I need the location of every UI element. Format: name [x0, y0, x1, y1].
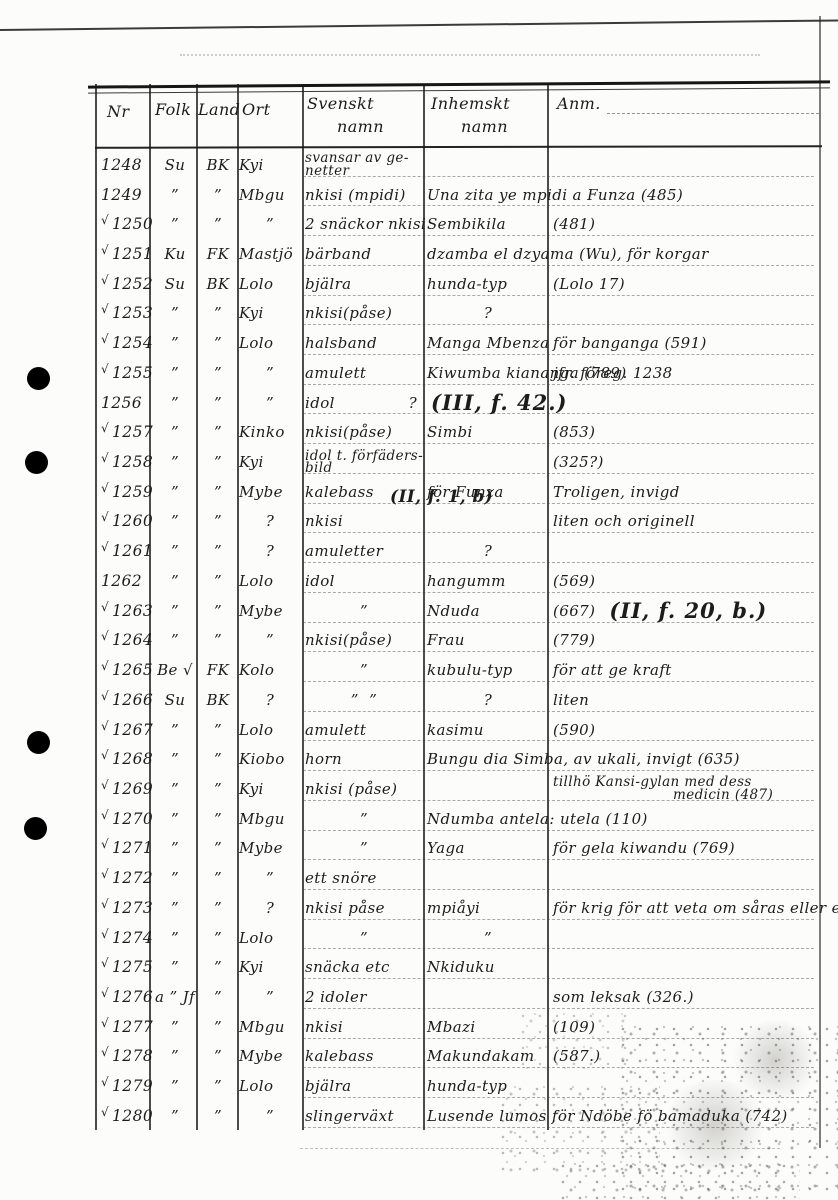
page-top-edge-line — [0, 19, 838, 31]
checkmark-icon: √ — [101, 362, 109, 376]
cell-land: BK — [199, 150, 237, 180]
cell-inh — [427, 507, 549, 537]
column-header-inhemskt-namn-2: namn — [461, 117, 508, 136]
cell-folk: ” — [153, 596, 197, 626]
cell-anm: (Lolo 17) — [553, 269, 818, 299]
cell-folk: Su — [153, 685, 197, 715]
cell-land: ” — [199, 1042, 237, 1072]
table-row: √1276a ” Jf””2 idolersom leksak (326.) — [95, 982, 822, 1012]
column-header-svenskt-namn-2: namn — [337, 117, 384, 136]
cell-anm: (590) — [553, 715, 818, 745]
cell-land: ” — [199, 982, 237, 1012]
cell-inh: Yaga — [427, 834, 549, 864]
cell-inh: Nduda — [427, 596, 549, 626]
checkmark-icon: √ — [101, 986, 109, 1000]
cell-sv: horn — [305, 744, 423, 774]
cell-nr: √1252 — [101, 269, 149, 299]
cell-sv: 2 idoler — [305, 982, 423, 1012]
cell-inh — [427, 982, 549, 1012]
cell-inh — [427, 774, 549, 804]
cell-land: ” — [199, 1012, 237, 1042]
cell-folk: Su — [153, 150, 197, 180]
cell-nr: √1254 — [101, 328, 149, 358]
table-row: √1259””Mybekalebassför FunzaTroligen, in… — [95, 477, 822, 507]
cell-folk: ” — [153, 1101, 197, 1131]
checkmark-icon: √ — [101, 927, 109, 941]
cell-folk: ” — [153, 209, 197, 239]
cell-land: ” — [199, 893, 237, 923]
cell-land: ” — [199, 626, 237, 656]
table-row: √1270””Mbgu”Ndumba antela: utela (110) — [95, 804, 822, 834]
cell-ort: Kyi — [239, 150, 301, 180]
cell-anm: för banganga (591) — [553, 328, 818, 358]
cell-ort: Kyi — [239, 952, 301, 982]
cell-inh: Manga Mbenza — [427, 328, 549, 358]
cell-folk: ” — [153, 744, 197, 774]
cell-land: BK — [199, 269, 237, 299]
cell-sv: slingerväxt — [305, 1101, 423, 1131]
cell-nr: √1277 — [101, 1012, 149, 1042]
cell-sv: idol — [305, 566, 423, 596]
cell-ort: Lolo — [239, 923, 301, 953]
cell-inh: Nkiduku — [427, 952, 549, 982]
cell-nr: √1251 — [101, 239, 149, 269]
figure-reference-note: (II, f. 1, b) — [390, 487, 493, 507]
cell-land: ” — [199, 834, 237, 864]
cell-land: ” — [199, 952, 237, 982]
cell-ort: Lolo — [239, 1071, 301, 1101]
cell-folk: ” — [153, 863, 197, 893]
cell-folk: ” — [153, 834, 197, 864]
cell-ort: Lolo — [239, 269, 301, 299]
cell-sv: idol — [305, 388, 423, 418]
cell-nr: √1271 — [101, 834, 149, 864]
cell-anm: för gela kiwandu (769) — [553, 834, 818, 864]
column-header-anm: Anm. — [557, 94, 601, 113]
cell-nr: √1268 — [101, 744, 149, 774]
cell-sv: ” — [305, 804, 423, 834]
table-row: 1249””Mbgunkisi (mpidi)Una zita ye mpidi… — [95, 180, 822, 210]
table-row: √1250”””2 snäckor nkisiSembikila(481) — [95, 209, 822, 239]
cell-folk: ” — [153, 358, 197, 388]
cell-sv: idol t. förfäders-bild — [305, 447, 423, 477]
cell-nr: 1262 — [101, 566, 149, 596]
table-row: √1275””Kyisnäcka etcNkiduku — [95, 952, 822, 982]
cell-folk: ” — [153, 1071, 197, 1101]
cell-land: ” — [199, 328, 237, 358]
cell-sv: nkisi(påse) — [305, 299, 423, 329]
cell-sv: ” — [305, 655, 423, 685]
cell-ort: Mastjö — [239, 239, 301, 269]
cell-anm: liten och originell — [553, 507, 818, 537]
cell-inh — [427, 863, 549, 893]
cell-ort: ” — [239, 1101, 301, 1131]
cell-inh: ? — [427, 685, 549, 715]
cell-folk: ” — [153, 417, 197, 447]
table-row: √1252SuBKLolobjälrahunda-typ(Lolo 17) — [95, 269, 822, 299]
cell-land: ” — [199, 180, 237, 210]
scan-artifact-dashes — [180, 54, 760, 56]
cell-sv: ” ” — [305, 685, 423, 715]
checkmark-icon: √ — [101, 778, 109, 792]
table-row: √1254””LolohalsbandManga Mbenzaför banga… — [95, 328, 822, 358]
cell-nr: √1280 — [101, 1101, 149, 1131]
cell-anm: (325?) — [553, 447, 818, 477]
cell-anm: (779) — [553, 626, 818, 656]
table-row: √1255”””amulettKiwumba kiananga (789)jfr… — [95, 358, 822, 388]
cell-anm — [553, 744, 818, 774]
cell-land: ” — [199, 1101, 237, 1131]
cell-ort: Kyi — [239, 299, 301, 329]
cell-folk: Be √ — [153, 655, 197, 685]
cell-ort: Mybe — [239, 1042, 301, 1072]
cell-ort: Lolo — [239, 715, 301, 745]
checkmark-icon: √ — [101, 1045, 109, 1059]
cell-anm: jfr. föreg. 1238 — [553, 358, 818, 388]
cell-ort: Kyi — [239, 447, 301, 477]
table-row: √1261””?amuletter? — [95, 536, 822, 566]
cell-land: ” — [199, 299, 237, 329]
photocopy-noise — [520, 1012, 630, 1070]
scanned-catalog-page: Nr Folk Land Ort Svenskt namn Inhemskt n… — [0, 0, 838, 1200]
cell-anm: för att ge kraft — [553, 655, 818, 685]
cell-anm: Troligen, invigd — [553, 477, 818, 507]
cell-folk: ” — [153, 1012, 197, 1042]
cell-inh: Ndumba antela: utela (110) — [427, 804, 549, 834]
cell-folk: Ku — [153, 239, 197, 269]
cell-sv: amulett — [305, 715, 423, 745]
column-header-ort: Ort — [242, 100, 270, 119]
checkmark-icon: √ — [101, 1016, 109, 1030]
cell-folk: ” — [153, 715, 197, 745]
cell-anm — [553, 150, 818, 180]
cell-nr: √1273 — [101, 893, 149, 923]
photocopy-smudge — [730, 1020, 820, 1100]
cell-inh: mpiåyi — [427, 893, 549, 923]
cell-inh — [427, 447, 549, 477]
cell-ort: Mbgu — [239, 1012, 301, 1042]
cell-nr: 1256 — [101, 388, 149, 418]
checkmark-icon: √ — [101, 659, 109, 673]
cell-sv: nkisi påse — [305, 893, 423, 923]
cell-nr: √1278 — [101, 1042, 149, 1072]
cell-land: ” — [199, 507, 237, 537]
cell-land: ” — [199, 536, 237, 566]
checkmark-icon: √ — [101, 867, 109, 881]
cell-land: ” — [199, 774, 237, 804]
cell-nr: √1250 — [101, 209, 149, 239]
cell-nr: √1263 — [101, 596, 149, 626]
table-row: √1263””Mybe”Nduda(667)(II, f. 20, b.) — [95, 596, 822, 626]
table-row: √1271””Mybe”Yagaför gela kiwandu (769) — [95, 834, 822, 864]
cell-sv: nkisi (mpidi) — [305, 180, 423, 210]
header-rule-dashes — [607, 113, 819, 114]
cell-inh: hunda-typ — [427, 269, 549, 299]
cell-nr: √1257 — [101, 417, 149, 447]
cell-nr: √1264 — [101, 626, 149, 656]
cell-sv: bjälra — [305, 1071, 423, 1101]
checkmark-icon: √ — [101, 421, 109, 435]
cell-land: ” — [199, 715, 237, 745]
cell-sv: ” — [305, 596, 423, 626]
cell-inh: kasimu — [427, 715, 549, 745]
table-row: 1256”””idol?(III, f. 42.) — [95, 388, 822, 418]
cell-sv: nkisi(påse) — [305, 626, 423, 656]
cell-anm: för krig för att veta om såras eller ej — [553, 893, 818, 923]
cell-folk: ” — [153, 566, 197, 596]
table-row: √1269””Kyinkisi (påse)tillhö Kansi-gylan… — [95, 774, 822, 804]
cell-anm — [553, 952, 818, 982]
checkmark-icon: √ — [101, 897, 109, 911]
cell-folk: ” — [153, 328, 197, 358]
table-row: √1266SuBK?” ”?liten — [95, 685, 822, 715]
cell-ort: Kyi — [239, 774, 301, 804]
punch-hole-dot — [27, 367, 50, 390]
cell-ort: ? — [239, 685, 301, 715]
cell-ort: Lolo — [239, 566, 301, 596]
cell-ort: Mybe — [239, 596, 301, 626]
cell-anm — [553, 299, 818, 329]
cell-nr: √1275 — [101, 952, 149, 982]
checkmark-icon: √ — [101, 1075, 109, 1089]
punch-hole-dot — [24, 817, 47, 840]
cell-anm — [553, 388, 818, 418]
cell-anm — [553, 923, 818, 953]
cell-folk: ” — [153, 536, 197, 566]
cell-inh: Una zita ye mpidi a Funza (485) — [427, 180, 549, 210]
table-row: √1267””Loloamulettkasimu(590) — [95, 715, 822, 745]
cell-nr: √1279 — [101, 1071, 149, 1101]
cell-sv: snäcka etc — [305, 952, 423, 982]
cell-folk: ” — [153, 774, 197, 804]
cell-land: ” — [199, 209, 237, 239]
cell-sv: ett snöre — [305, 863, 423, 893]
cell-sv: nkisi(påse) — [305, 417, 423, 447]
cell-inh: Simbi — [427, 417, 549, 447]
cell-inh: ? — [427, 299, 549, 329]
photocopy-noise — [560, 1162, 800, 1200]
cell-land: ” — [199, 417, 237, 447]
cell-nr: √1265 — [101, 655, 149, 685]
table-row: √1251KuFKMastjöbärbanddzamba el dzyama (… — [95, 239, 822, 269]
cell-land: ” — [199, 447, 237, 477]
cell-folk: ” — [153, 388, 197, 418]
column-header-land: Land — [198, 100, 240, 119]
checkmark-icon: √ — [101, 302, 109, 316]
checkmark-icon: √ — [101, 629, 109, 643]
cell-ort: ” — [239, 626, 301, 656]
cell-inh: Kiwumba kiananga (789) — [427, 358, 549, 388]
checkmark-icon: √ — [101, 689, 109, 703]
cell-anm — [553, 863, 818, 893]
checkmark-icon: √ — [101, 243, 109, 257]
cell-nr: √1267 — [101, 715, 149, 745]
cell-inh: Frau — [427, 626, 549, 656]
cell-ort: Mybe — [239, 834, 301, 864]
cell-ort: Lolo — [239, 328, 301, 358]
column-header-nr: Nr — [107, 102, 129, 121]
cell-land: ” — [199, 1071, 237, 1101]
cell-inh: ?(III, f. 42.) — [427, 388, 549, 418]
cell-ort: Kiobo — [239, 744, 301, 774]
cell-anm: (667)(II, f. 20, b.) — [553, 596, 818, 626]
cell-land: ” — [199, 744, 237, 774]
checkmark-icon: √ — [101, 1105, 109, 1119]
cell-folk: ” — [153, 477, 197, 507]
cell-sv: ” — [305, 923, 423, 953]
figure-reference-note: (III, f. 42.) — [431, 390, 567, 415]
cell-folk: ” — [153, 952, 197, 982]
cell-sv: bärband — [305, 239, 423, 269]
cell-folk: ” — [153, 299, 197, 329]
cell-land: ” — [199, 804, 237, 834]
cell-land: BK — [199, 685, 237, 715]
column-header-folk: Folk — [155, 100, 191, 119]
cell-folk: ” — [153, 180, 197, 210]
checkmark-icon: √ — [101, 600, 109, 614]
cell-nr: 1249 — [101, 180, 149, 210]
checkmark-icon: √ — [101, 748, 109, 762]
cell-land: ” — [199, 388, 237, 418]
table-row: √1264”””nkisi(påse)Frau(779) — [95, 626, 822, 656]
cell-folk: a ” Jf — [153, 982, 197, 1012]
cell-anm — [553, 804, 818, 834]
cell-ort: Mybe — [239, 477, 301, 507]
cell-sv: ” — [305, 834, 423, 864]
cell-sv: nkisi — [305, 507, 423, 537]
checkmark-icon: √ — [101, 213, 109, 227]
cell-nr: √1255 — [101, 358, 149, 388]
cell-nr: √1253 — [101, 299, 149, 329]
table-row: √1273””?nkisi påsempiåyiför krig för att… — [95, 893, 822, 923]
checkmark-icon: √ — [101, 481, 109, 495]
cell-land: FK — [199, 655, 237, 685]
cell-ort: ” — [239, 982, 301, 1012]
cell-sv: amulett — [305, 358, 423, 388]
cell-ort: ” — [239, 358, 301, 388]
cell-nr: √1276 — [101, 982, 149, 1012]
cell-folk: ” — [153, 626, 197, 656]
cell-anm: som leksak (326.) — [553, 982, 818, 1012]
checkmark-icon: √ — [101, 808, 109, 822]
cell-ort: ? — [239, 507, 301, 537]
cell-nr: √1260 — [101, 507, 149, 537]
cell-folk: ” — [153, 893, 197, 923]
figure-reference-note: (II, f. 20, b.) — [609, 598, 767, 623]
cell-anm: (853) — [553, 417, 818, 447]
catalog-rows: 1248SuBKKyisvansar av ge-netter1249””Mbg… — [95, 150, 822, 1140]
cell-folk: ” — [153, 804, 197, 834]
table-row: 1262””Loloidolhangumm(569) — [95, 566, 822, 596]
table-row: √1257””Kinkonkisi(påse)Simbi(853) — [95, 417, 822, 447]
cell-land: ” — [199, 477, 237, 507]
table-row: 1248SuBKKyisvansar av ge-netter — [95, 150, 822, 180]
cell-anm: liten — [553, 685, 818, 715]
cell-ort: ” — [239, 388, 301, 418]
cell-nr: √1258 — [101, 447, 149, 477]
cell-sv: nkisi (påse) — [305, 774, 423, 804]
cell-ort: ? — [239, 536, 301, 566]
cell-inh — [427, 150, 549, 180]
checkmark-icon: √ — [101, 510, 109, 524]
cell-inh: Sembikila — [427, 209, 549, 239]
cell-anm: (481) — [553, 209, 818, 239]
cell-sv: kalebass — [305, 1042, 423, 1072]
cell-folk: ” — [153, 447, 197, 477]
cell-nr: 1248 — [101, 150, 149, 180]
checkmark-icon: √ — [101, 273, 109, 287]
table-row: √1268””KiobohornBungu dia Simba, av ukal… — [95, 744, 822, 774]
cell-inh: dzamba el dzyama (Wu), för korgar — [427, 239, 549, 269]
cell-land: FK — [199, 239, 237, 269]
cell-ort: Kinko — [239, 417, 301, 447]
cell-nr: √1261 — [101, 536, 149, 566]
cell-inh: ” — [427, 923, 549, 953]
checkmark-icon: √ — [101, 451, 109, 465]
checkmark-icon: √ — [101, 719, 109, 733]
cell-land: ” — [199, 566, 237, 596]
cell-nr: √1274 — [101, 923, 149, 953]
cell-nr: √1266 — [101, 685, 149, 715]
cell-ort: Mbgu — [239, 804, 301, 834]
cell-ort: ” — [239, 209, 301, 239]
cell-land: ” — [199, 596, 237, 626]
cell-ort: Kolo — [239, 655, 301, 685]
cell-ort: Mbgu — [239, 180, 301, 210]
cell-anm — [553, 180, 818, 210]
cell-ort: ” — [239, 863, 301, 893]
cell-anm — [553, 536, 818, 566]
punch-hole-dot — [27, 731, 50, 754]
cell-folk: ” — [153, 923, 197, 953]
cell-folk: ” — [153, 507, 197, 537]
column-header-svenskt-namn: Svenskt — [307, 94, 374, 113]
cell-inh: ? — [427, 536, 549, 566]
cell-sv: bjälra — [305, 269, 423, 299]
cell-sv: 2 snäckor nkisi — [305, 209, 423, 239]
cell-folk: ” — [153, 1042, 197, 1072]
cell-land: ” — [199, 358, 237, 388]
cell-folk: Su — [153, 269, 197, 299]
cell-sv: halsband — [305, 328, 423, 358]
column-header-inhemskt-namn: Inhemskt — [431, 94, 510, 113]
table-row: √1272”””ett snöre — [95, 863, 822, 893]
cell-inh: kubulu-typ — [427, 655, 549, 685]
table-header-row: Nr Folk Land Ort Svenskt namn Inhemskt n… — [95, 86, 822, 146]
cell-inh: hangumm — [427, 566, 549, 596]
cell-inh: Bungu dia Simba, av ukali, invigt (635) — [427, 744, 549, 774]
cell-nr: √1259 — [101, 477, 149, 507]
checkmark-icon: √ — [101, 956, 109, 970]
cell-sv: svansar av ge-netter — [305, 150, 423, 180]
cell-nr: √1270 — [101, 804, 149, 834]
cell-land: ” — [199, 923, 237, 953]
table-row: √1253””Kyinkisi(påse)? — [95, 299, 822, 329]
cell-nr: √1269 — [101, 774, 149, 804]
table-row: √1260””?nkisiliten och originell — [95, 507, 822, 537]
cell-anm: (569) — [553, 566, 818, 596]
cell-anm: tillhö Kansi-gylan med dessmedicin (487) — [553, 774, 818, 804]
cell-anm — [553, 239, 818, 269]
checkmark-icon: √ — [101, 332, 109, 346]
cell-sv: nkisi — [305, 1012, 423, 1042]
cell-nr: √1272 — [101, 863, 149, 893]
table-row: √1274””Lolo”” — [95, 923, 822, 953]
checkmark-icon: √ — [101, 837, 109, 851]
table-row: √1258””Kyiidol t. förfäders-bild(325?) — [95, 447, 822, 477]
punch-hole-dot — [25, 451, 48, 474]
checkmark-icon: √ — [101, 540, 109, 554]
